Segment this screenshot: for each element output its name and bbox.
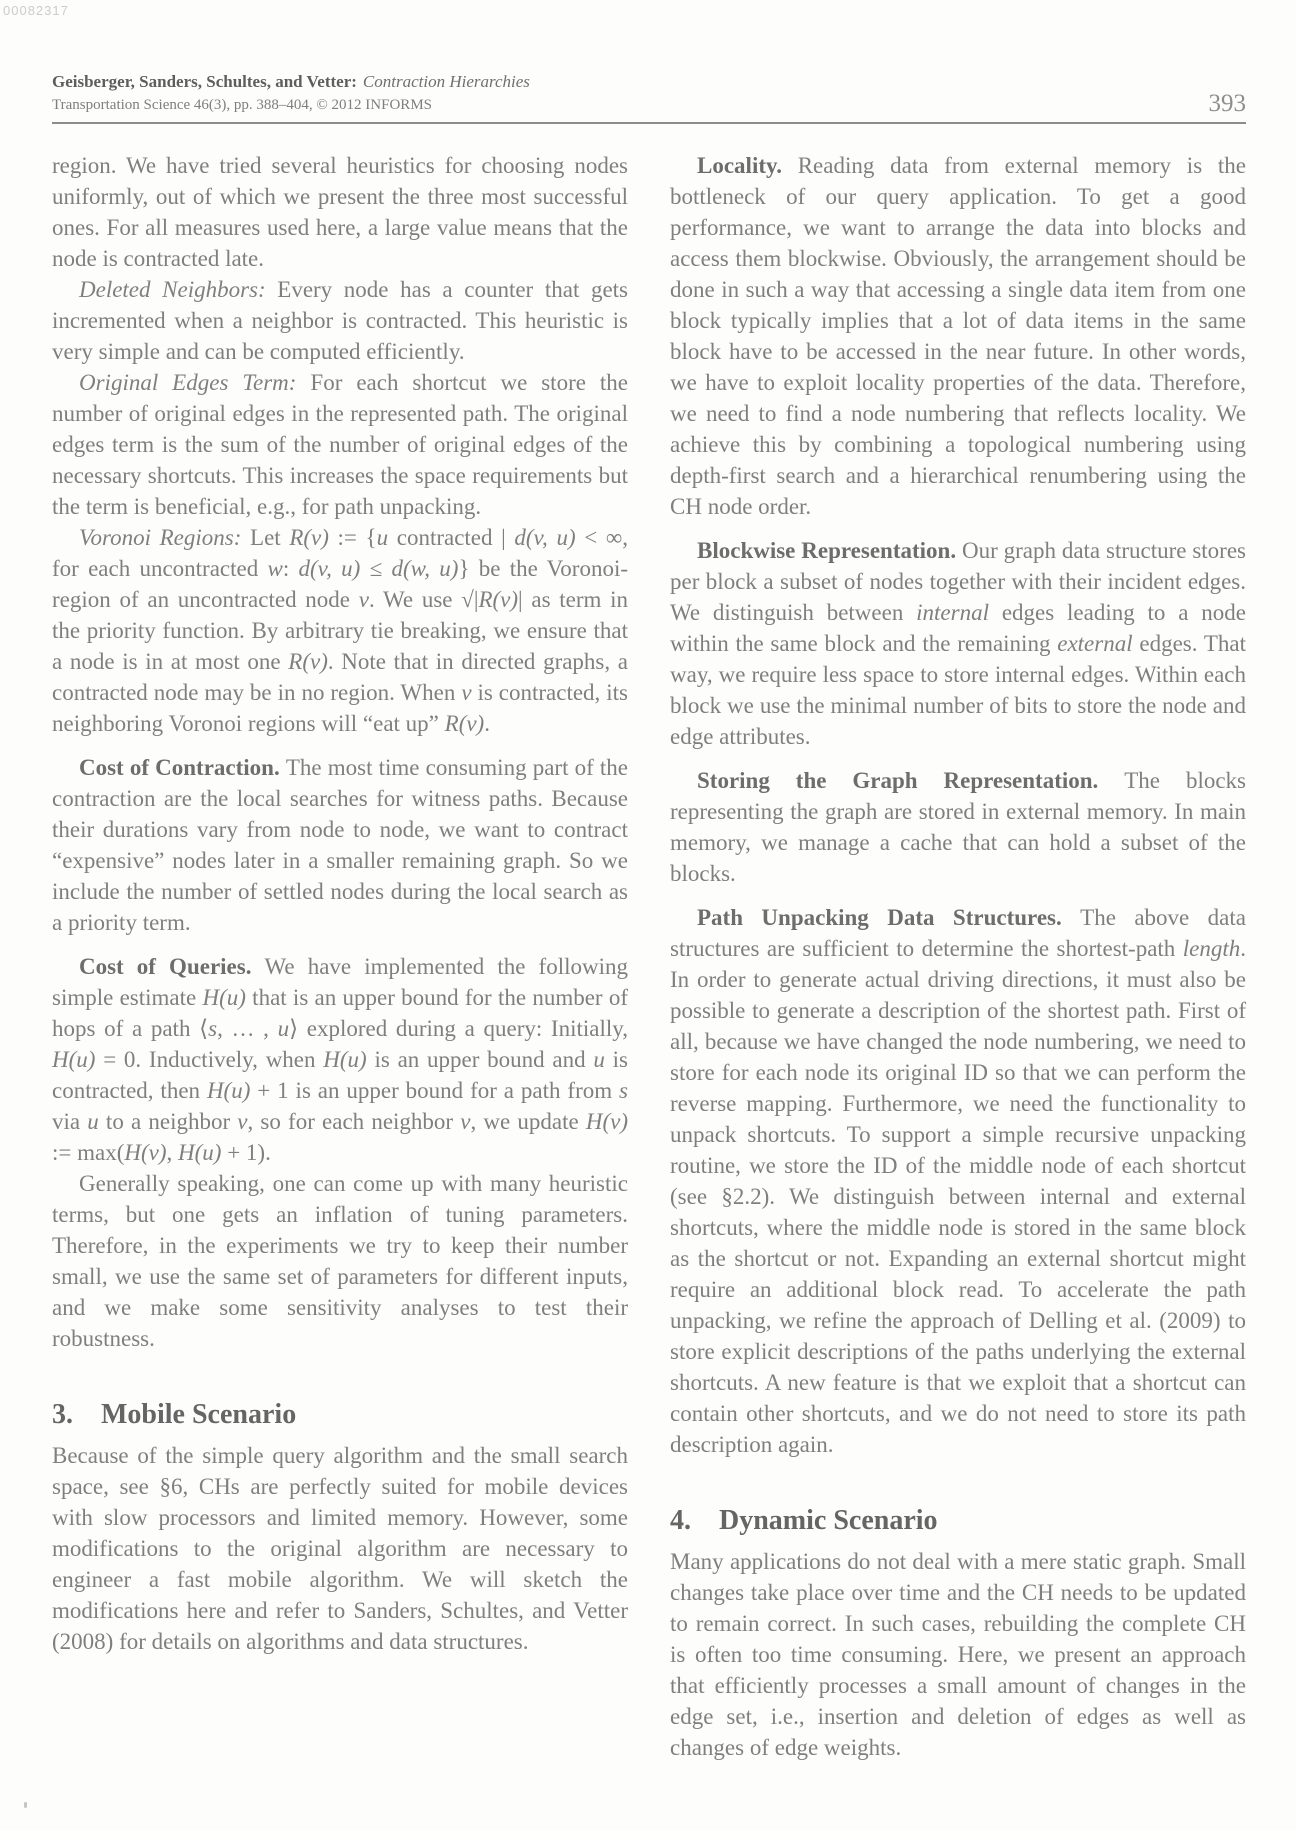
text-segment: external [1057, 631, 1132, 656]
text-segment: , we update [470, 1109, 585, 1134]
text-segment: Reading data from external memory is the… [670, 153, 1246, 519]
paragraph: Generally speaking, one can come up with… [52, 1168, 628, 1354]
text-segment: ⟩ explored during a query: Initially, [289, 1016, 628, 1041]
text-segment: Because of the simple query algorithm an… [52, 1443, 628, 1654]
text-segment: The most time consuming part of the cont… [52, 755, 628, 935]
text-segment: H(u) [52, 1047, 95, 1072]
text-segment: H(u) [178, 1140, 221, 1165]
section-number: 3. [52, 1399, 73, 1430]
text-segment: R(v) [288, 649, 328, 674]
text-segment: v [359, 587, 369, 612]
scan-serial-number: 00082317 [3, 3, 69, 18]
text-segment: . In order to generate actual driving di… [670, 936, 1246, 1457]
text-segment: v [237, 1109, 247, 1134]
text-segment: H(v) [124, 1140, 166, 1165]
text-segment: H(u) [323, 1047, 366, 1072]
text-segment: u [87, 1109, 99, 1134]
section-title: Dynamic Scenario [719, 1505, 938, 1536]
text-segment: , … , [217, 1016, 278, 1041]
text-segment: R(v) [289, 525, 329, 550]
text-segment: internal [916, 600, 989, 625]
paragraph: Many applications do not deal with a mer… [670, 1546, 1246, 1763]
text-segment: . [484, 711, 490, 736]
text-segment: is an upper bound and [367, 1047, 594, 1072]
run-in-heading: Cost of Queries. [79, 954, 265, 979]
paragraph: Cost of Contraction. The most time consu… [52, 752, 628, 938]
text-segment: u [377, 525, 389, 550]
text-segment: Deleted Neighbors: [79, 277, 277, 302]
text-segment: H(u) [202, 985, 245, 1010]
text-segment: u [593, 1047, 605, 1072]
text-segment: Generally speaking, one can come up with… [52, 1171, 628, 1351]
header-rule [52, 122, 1246, 124]
section-number: 4. [670, 1505, 691, 1536]
paragraph: Blockwise Representation. Our graph data… [670, 535, 1246, 752]
text-segment: . We use √| [369, 587, 478, 612]
page-header: Geisberger, Sanders, Schultes, and Vette… [52, 70, 1246, 116]
text-segment: Original Edges Term: [79, 370, 310, 395]
text-segment: = 0. Inductively, when [95, 1047, 323, 1072]
text-segment: Voronoi Regions: [79, 525, 250, 550]
text-segment: to a neighbor [99, 1109, 238, 1134]
text-segment: u [278, 1016, 290, 1041]
run-in-heading: Cost of Contraction. [79, 755, 286, 780]
text-segment: := max( [52, 1140, 124, 1165]
paragraph: Cost of Queries. We have implemented the… [52, 951, 628, 1168]
scan-speck [24, 1802, 27, 1808]
text-segment: d(v, u) ≤ d(w, u) [299, 556, 459, 581]
running-head: Geisberger, Sanders, Schultes, and Vette… [52, 70, 530, 116]
paragraph: Path Unpacking Data Structures. The abov… [670, 902, 1246, 1460]
paragraph: Voronoi Regions: Let R(v) := {u contract… [52, 522, 628, 739]
text-segment: length [1183, 936, 1241, 961]
paragraph: Original Edges Term: For each shortcut w… [52, 367, 628, 522]
text-segment: w [268, 556, 283, 581]
paragraph: Deleted Neighbors: Every node has a coun… [52, 274, 628, 367]
text-segment: H(v) [586, 1109, 628, 1134]
text-segment: R(v) [445, 711, 485, 736]
text-segment: region. We have tried several heuristics… [52, 153, 628, 271]
section-heading: 4.Dynamic Scenario [670, 1504, 1246, 1538]
run-in-heading: Storing the Graph Representation. [697, 768, 1124, 793]
page: 00082317 Geisberger, Sanders, Schultes, … [0, 0, 1296, 1830]
text-segment: s [619, 1078, 628, 1103]
run-in-heading: Locality. [697, 153, 798, 178]
paragraph: Storing the Graph Representation. The bl… [670, 765, 1246, 889]
text-segment: R(v) [478, 587, 518, 612]
text-segment: + 1). [221, 1140, 270, 1165]
running-head-journal: Transportation Science 46(3), pp. 388–40… [52, 94, 530, 116]
left-column: region. We have tried several heuristics… [52, 150, 628, 1763]
text-segment: + 1 is an upper bound for a path from [250, 1078, 619, 1103]
run-in-heading: Blockwise Representation. [697, 538, 962, 563]
run-in-heading: Path Unpacking Data Structures. [697, 905, 1080, 930]
running-head-title: Contraction Hierarchies [363, 72, 530, 91]
text-segment: d(v, u) [514, 525, 575, 550]
text-segment: Let [250, 525, 289, 550]
text-segment: Many applications do not deal with a mer… [670, 1549, 1246, 1760]
text-segment: v [461, 680, 471, 705]
text-segment: := { [329, 525, 377, 550]
text-segment: H(u) [207, 1078, 250, 1103]
text-segment: , [167, 1140, 179, 1165]
text-segment: s [208, 1016, 217, 1041]
body-columns: region. We have tried several heuristics… [52, 150, 1246, 1763]
text-segment: contracted | [388, 525, 514, 550]
text-segment: v [460, 1109, 470, 1134]
text-segment: via [52, 1109, 87, 1134]
paragraph: Because of the simple query algorithm an… [52, 1440, 628, 1657]
running-head-authors: Geisberger, Sanders, Schultes, and Vette… [52, 72, 357, 91]
text-segment: , so for each neighbor [248, 1109, 461, 1134]
text-segment: : [283, 556, 299, 581]
paragraph: Locality. Reading data from external mem… [670, 150, 1246, 522]
section-title: Mobile Scenario [101, 1399, 296, 1430]
right-column: Locality. Reading data from external mem… [670, 150, 1246, 1763]
paragraph: region. We have tried several heuristics… [52, 150, 628, 274]
section-heading: 3.Mobile Scenario [52, 1398, 628, 1432]
running-head-line1: Geisberger, Sanders, Schultes, and Vette… [52, 70, 530, 94]
page-number: 393 [1209, 91, 1247, 116]
